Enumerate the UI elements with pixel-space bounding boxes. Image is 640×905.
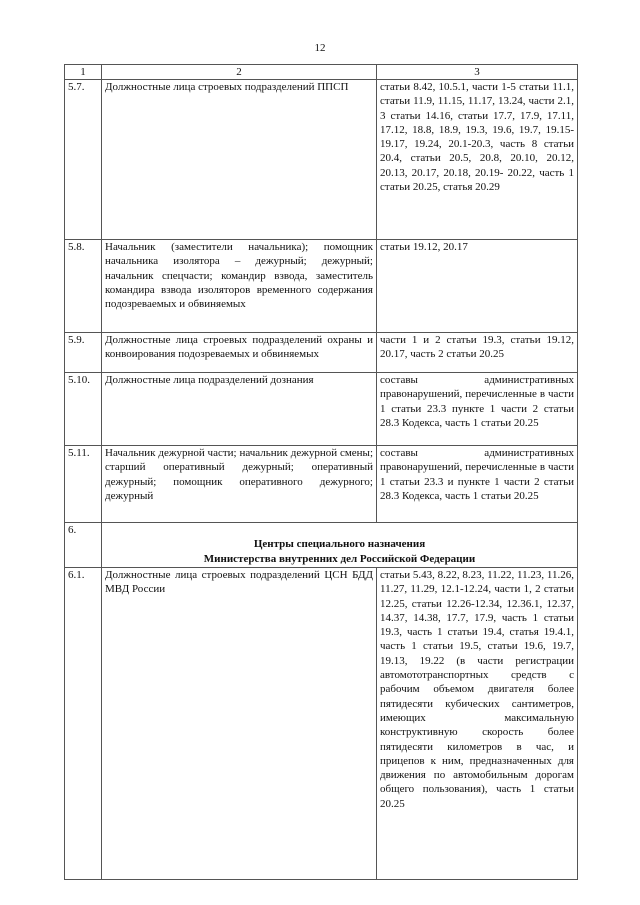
row-articles: статьи 19.12, 20.17	[377, 240, 578, 333]
section-row: 6. Центры специального назначения Минист…	[65, 523, 578, 568]
row-number: 5.9.	[65, 333, 102, 373]
page-number: 12	[0, 42, 640, 54]
row-articles: части 1 и 2 статьи 19.3, статьи 19.12, 2…	[377, 333, 578, 373]
table-header-row: 1 2 3	[65, 65, 578, 80]
row-articles: статьи 5.43, 8.22, 8.23, 11.22, 11.23, 1…	[377, 568, 578, 880]
row-officials: Должностные лица строевых подразделений …	[102, 333, 377, 373]
column-header-number: 1	[65, 65, 102, 80]
row-articles: составы административных правонарушений,…	[377, 446, 578, 523]
row-number: 5.10.	[65, 373, 102, 446]
row-officials: Должностные лица строевых подразделений …	[102, 568, 377, 880]
row-articles: статьи 8.42, 10.5.1, части 1-5 статьи 11…	[377, 80, 578, 240]
row-officials: Начальник (заместители начальника); помо…	[102, 240, 377, 333]
table-row: 5.7. Должностные лица строевых подраздел…	[65, 80, 578, 240]
table-row: 5.11. Начальник дежурной части; начальни…	[65, 446, 578, 523]
section-title: Центры специального назначения Министерс…	[102, 523, 578, 568]
officials-articles-table: 1 2 3 5.7. Должностные лица строевых под…	[64, 64, 578, 880]
column-header-articles: 3	[377, 65, 578, 80]
row-articles: составы административных правонарушений,…	[377, 373, 578, 446]
section-title-line-2: Министерства внутренних дел Российской Ф…	[105, 552, 574, 567]
section-title-line-1: Центры специального назначения	[105, 537, 574, 552]
table-row: 5.9. Должностные лица строевых подраздел…	[65, 333, 578, 373]
row-officials: Должностные лица строевых подразделений …	[102, 80, 377, 240]
table-row: 5.8. Начальник (заместители начальника);…	[65, 240, 578, 333]
section-number: 6.	[65, 523, 102, 568]
row-number: 5.8.	[65, 240, 102, 333]
row-number: 5.11.	[65, 446, 102, 523]
row-officials: Должностные лица подразделений дознания	[102, 373, 377, 446]
row-number: 5.7.	[65, 80, 102, 240]
table-row: 5.10. Должностные лица подразделений доз…	[65, 373, 578, 446]
row-number: 6.1.	[65, 568, 102, 880]
row-officials: Начальник дежурной части; начальник дежу…	[102, 446, 377, 523]
column-header-officials: 2	[102, 65, 377, 80]
table-row: 6.1. Должностные лица строевых подраздел…	[65, 568, 578, 880]
